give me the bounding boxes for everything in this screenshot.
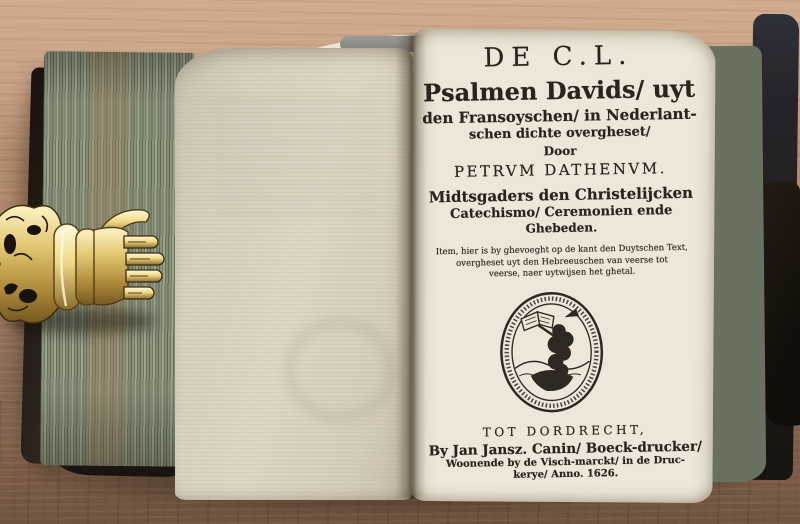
brass-hand-icon <box>0 196 166 336</box>
marginal-note: Item, hier is by ghevoeght op de kant de… <box>417 243 708 282</box>
byline-word: Door <box>415 142 705 161</box>
imprint-place: TOT DORDRECHT, <box>420 421 710 440</box>
author-name: PETRVM DATHENVM. <box>415 159 705 182</box>
show-through-text-ghost <box>215 98 375 218</box>
photo-of-antique-book: DE C.L. Psalmen Davids/ uyt den Fransoys… <box>0 0 800 524</box>
brass-hand-clasp <box>0 196 166 336</box>
printer-device-emblem <box>494 287 608 421</box>
title-page-text-block: DE C.L. Psalmen Davids/ uyt den Fransoys… <box>413 36 711 485</box>
series-heading: DE C.L. <box>413 40 703 75</box>
blank-left-page <box>175 48 413 500</box>
title-main: Psalmen Davids/ uyt <box>414 75 704 106</box>
show-through-emblem-ghost <box>285 318 395 422</box>
printer-device-icon <box>494 287 608 417</box>
imprint-address: Woonende by de Visch-marckt/ in de Druc-… <box>420 454 710 484</box>
